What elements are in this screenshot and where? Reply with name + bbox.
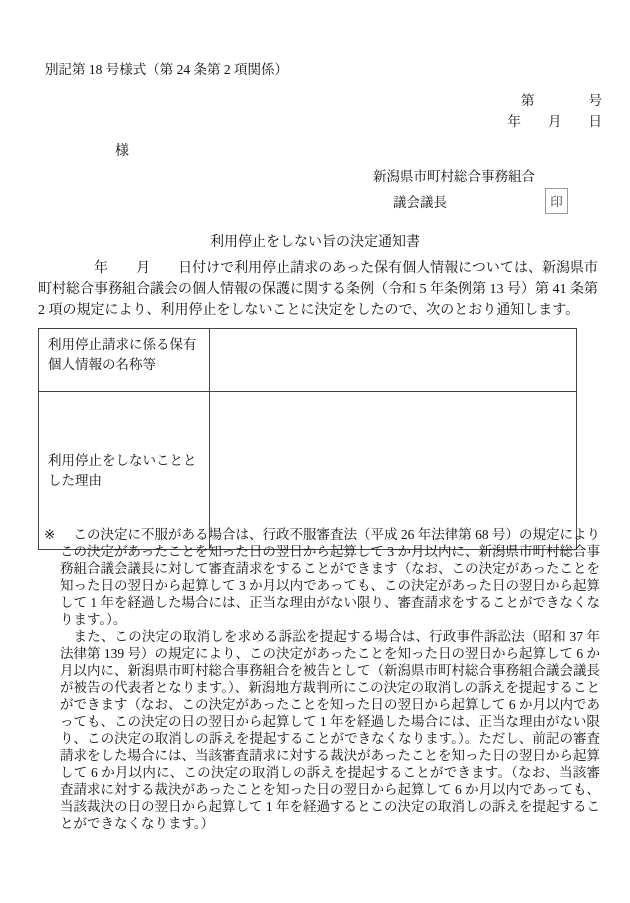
note-paragraph-lawsuit: また、この決定の取消しを求める訴訟を提起する場合は、行政事件訴訟法（昭和 37 …	[60, 628, 600, 832]
seal-box: 印	[545, 188, 568, 214]
row-value-held-info-name	[210, 329, 577, 392]
note-marker: ※	[44, 526, 55, 543]
info-table: 利用停止請求に係る保有個人情報の名称等 利用停止をしないこととした理由	[38, 328, 577, 550]
document-title: 利用停止をしない旨の決定通知書	[0, 231, 630, 251]
sender-title: 議会議長	[393, 191, 447, 211]
doc-date-line: 年 月 日	[508, 111, 603, 132]
note-paragraph-appeal: この決定に不服がある場合は、行政不服審査法（平成 26 年法律第 68 号）の規…	[60, 526, 600, 628]
row-label-held-info-name: 利用停止請求に係る保有個人情報の名称等	[39, 329, 210, 392]
document-page: 別記第 18 号様式（第 24 条第 2 項関係） 第 号 年 月 日 様 新潟…	[0, 0, 630, 903]
doc-header: 第 号 年 月 日	[508, 90, 603, 132]
sender-org-name: 新潟県市町村総合事務組合	[373, 165, 535, 185]
seal-icon: 印	[550, 192, 563, 210]
addressee-suffix: 様	[115, 140, 129, 160]
table-row: 利用停止請求に係る保有個人情報の名称等	[39, 329, 577, 392]
doc-number-line: 第 号	[508, 90, 603, 111]
body-paragraph: 年 月 日付けで利用停止請求のあった保有個人情報については、新潟県市町村総合事務…	[38, 258, 598, 321]
form-number: 別記第 18 号様式（第 24 条第 2 項関係）	[45, 58, 288, 78]
note-section: ※ この決定に不服がある場合は、行政不服審査法（平成 26 年法律第 68 号）…	[38, 526, 600, 832]
